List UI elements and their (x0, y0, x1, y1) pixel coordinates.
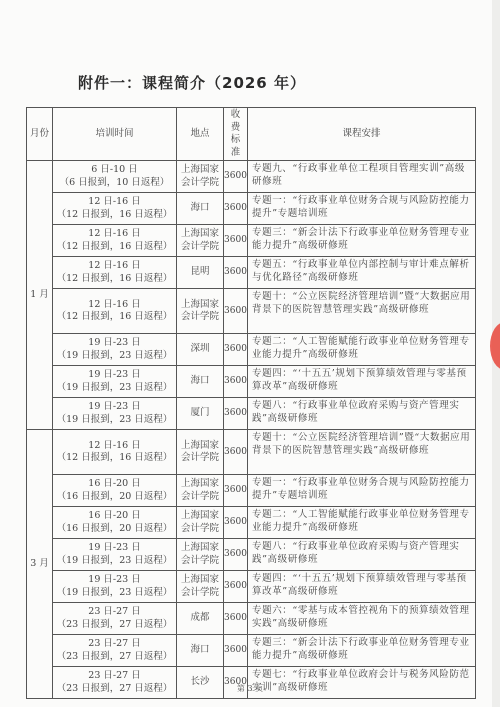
table-row: 23 日-27 日（23 日报到，27 日返程）成都3600专题六：“零基与成本… (27, 603, 476, 635)
fee-cell: 3600 (224, 635, 248, 667)
registration-note: （12 日报到，16 日返程） (56, 311, 173, 324)
fee-cell: 3600 (224, 571, 248, 603)
location-cell: 昆明 (177, 257, 224, 289)
course-cell: 专题二：“人工智能赋能行政事业单位财务管理专业能力提升”高级研修班 (248, 507, 476, 539)
fee-cell: 3600 (224, 398, 248, 430)
header-time: 培训时间 (53, 108, 177, 161)
table-row: 16 日-20 日（16 日报到，20 日返程）上海国家会计学院3600专题二：… (27, 507, 476, 539)
training-time-cell: 19 日-23 日（19 日报到，23 日返程） (53, 539, 177, 571)
training-time-cell: 12 日-16 日（12 日报到，16 日返程） (53, 225, 177, 257)
date-range: 12 日-16 日 (56, 196, 173, 209)
table-row: 12 日-16 日（12 日报到，16 日返程）上海国家会计学院3600专题十：… (27, 289, 476, 334)
training-time-cell: 12 日-16 日（12 日报到，16 日返程） (53, 289, 177, 334)
location-cell: 上海国家会计学院 (177, 507, 224, 539)
fee-cell: 3600 (224, 475, 248, 507)
location-cell: 成都 (177, 603, 224, 635)
training-time-cell: 16 日-20 日（16 日报到，20 日返程） (53, 475, 177, 507)
date-range: 23 日-27 日 (56, 670, 173, 683)
header-course: 课程安排 (248, 108, 476, 161)
table-row: 19 日-23 日（19 日报到，23 日返程）厦门3600专题八：“行政事业单… (27, 398, 476, 430)
location-cell: 上海国家会计学院 (177, 539, 224, 571)
date-range: 16 日-20 日 (56, 510, 173, 523)
location-cell: 上海国家会计学院 (177, 430, 224, 475)
registration-note: （12 日报到，16 日返程） (56, 241, 173, 254)
course-cell: 专题四：“‘十五五’规划下预算绩效管理与零基预算改革”高级研修班 (248, 571, 476, 603)
date-range: 19 日-23 日 (56, 369, 173, 382)
date-range: 6 日-10 日 (56, 164, 173, 177)
location-cell: 深圳 (177, 334, 224, 366)
registration-note: （12 日报到，16 日返程） (56, 452, 173, 465)
fee-cell: 3600 (224, 539, 248, 571)
location-cell: 海口 (177, 193, 224, 225)
month-cell: 1 月 (27, 161, 53, 430)
training-time-cell: 16 日-20 日（16 日报到，20 日返程） (53, 507, 177, 539)
registration-note: （12 日报到，16 日返程） (56, 273, 173, 286)
registration-note: （16 日报到，20 日返程） (56, 491, 173, 504)
registration-note: （19 日报到，23 日返程） (56, 382, 173, 395)
registration-note: （19 日报到，23 日返程） (56, 555, 173, 568)
location-cell: 上海国家会计学院 (177, 571, 224, 603)
course-schedule-table: 月份 培训时间 地点 收费标准 课程安排 1 月6 日-10 日（6 日报到，1… (26, 107, 476, 699)
course-cell: 专题八：“行政事业单位政府采购与资产管理实践”高级研修班 (248, 398, 476, 430)
table-row: 12 日-16 日（12 日报到，16 日返程）昆明3600专题五：“行政事业单… (27, 257, 476, 289)
registration-note: （19 日报到，23 日返程） (56, 350, 173, 363)
date-range: 19 日-23 日 (56, 401, 173, 414)
registration-note: （23 日报到，27 日返程） (56, 619, 173, 632)
registration-note: （23 日报到，27 日返程） (56, 651, 173, 664)
table-row: 3 月12 日-16 日（12 日报到，16 日返程）上海国家会计学院3600专… (27, 430, 476, 475)
course-cell: 专题九、“行政事业单位工程项目管理实训”高级研修班 (248, 161, 476, 193)
date-range: 12 日-16 日 (56, 440, 173, 453)
page-title: 附件一：课程简介（2026 年） (78, 72, 306, 93)
fee-cell: 3600 (224, 289, 248, 334)
registration-note: （6 日报到，10 日返程） (56, 177, 173, 190)
training-time-cell: 19 日-23 日（19 日报到，23 日返程） (53, 366, 177, 398)
date-range: 23 日-27 日 (56, 606, 173, 619)
table-row: 16 日-20 日（16 日报到，20 日返程）上海国家会计学院3600专题一：… (27, 475, 476, 507)
course-cell: 专题十：“公立医院经济管理培训”暨“大数据应用背景下的医院智慧管理实践”高级研修… (248, 289, 476, 334)
course-cell: 专题三：“新会计法下行政事业单位财务管理专业能力提升”高级研修班 (248, 225, 476, 257)
date-range: 12 日-16 日 (56, 260, 173, 273)
date-range: 16 日-20 日 (56, 478, 173, 491)
course-cell: 专题二：“人工智能赋能行政事业单位财务管理专业能力提升”高级研修班 (248, 334, 476, 366)
course-cell: 专题三：“新会计法下行政事业单位财务管理专业能力提升”高级研修班 (248, 635, 476, 667)
fee-cell: 3600 (224, 193, 248, 225)
course-cell: 专题六：“零基与成本管控视角下的预算绩效管理实践”高级研修班 (248, 603, 476, 635)
course-cell: 专题一：“行政事业单位财务合规与风险防控能力提升”专题培训班 (248, 193, 476, 225)
course-cell: 专题五：“行政事业单位内部控制与审计难点解析与优化路径”高级研修班 (248, 257, 476, 289)
table-row: 19 日-23 日（19 日报到，23 日返程）海口3600专题四：“‘十五五’… (27, 366, 476, 398)
registration-note: （19 日报到，23 日返程） (56, 414, 173, 427)
date-range: 19 日-23 日 (56, 337, 173, 350)
fee-cell: 3600 (224, 430, 248, 475)
training-time-cell: 19 日-23 日（19 日报到，23 日返程） (53, 334, 177, 366)
fee-cell: 3600 (224, 603, 248, 635)
training-time-cell: 23 日-27 日（23 日报到，27 日返程） (53, 635, 177, 667)
location-cell: 海口 (177, 635, 224, 667)
month-cell: 3 月 (27, 430, 53, 699)
table-row: 19 日-23 日（19 日报到，23 日返程）深圳3600专题二：“人工智能赋… (27, 334, 476, 366)
registration-note: （19 日报到，23 日返程） (56, 587, 173, 600)
training-time-cell: 6 日-10 日（6 日报到，10 日返程） (53, 161, 177, 193)
training-time-cell: 19 日-23 日（19 日报到，23 日返程） (53, 571, 177, 603)
location-cell: 上海国家会计学院 (177, 161, 224, 193)
table-row: 12 日-16 日（12 日报到，16 日返程）上海国家会计学院3600专题三：… (27, 225, 476, 257)
fee-cell: 3600 (224, 161, 248, 193)
fee-cell: 3600 (224, 366, 248, 398)
training-time-cell: 12 日-16 日（12 日报到，16 日返程） (53, 193, 177, 225)
table-row: 12 日-16 日（12 日报到，16 日返程）海口3600专题一：“行政事业单… (27, 193, 476, 225)
table-row: 1 月6 日-10 日（6 日报到，10 日返程）上海国家会计学院3600专题九… (27, 161, 476, 193)
location-cell: 上海国家会计学院 (177, 289, 224, 334)
fee-cell: 3600 (224, 507, 248, 539)
course-cell: 专题八：“行政事业单位政府采购与资产管理实践”高级研修班 (248, 539, 476, 571)
table-row: 23 日-27 日（23 日报到，27 日返程）海口3600专题三：“新会计法下… (27, 635, 476, 667)
training-time-cell: 23 日-27 日（23 日报到，27 日返程） (53, 603, 177, 635)
training-time-cell: 19 日-23 日（19 日报到，23 日返程） (53, 398, 177, 430)
date-range: 12 日-16 日 (56, 228, 173, 241)
location-cell: 上海国家会计学院 (177, 475, 224, 507)
training-time-cell: 12 日-16 日（12 日报到，16 日返程） (53, 430, 177, 475)
date-range: 23 日-27 日 (56, 638, 173, 651)
fee-cell: 3600 (224, 225, 248, 257)
header-place: 地点 (177, 108, 224, 161)
table-row: 19 日-23 日（19 日报到，23 日返程）上海国家会计学院3600专题四：… (27, 571, 476, 603)
date-range: 12 日-16 日 (56, 299, 173, 312)
table-header-row: 月份 培训时间 地点 收费标准 课程安排 (27, 108, 476, 161)
table-row: 19 日-23 日（19 日报到，23 日返程）上海国家会计学院3600专题八：… (27, 539, 476, 571)
fee-cell: 3600 (224, 257, 248, 289)
course-cell: 专题十：“公立医院经济管理培训”暨“大数据应用背景下的医院智慧管理实践”高级研修… (248, 430, 476, 475)
date-range: 19 日-23 日 (56, 542, 173, 555)
course-cell: 专题一：“行政事业单位财务合规与风险防控能力提升”专题培训班 (248, 475, 476, 507)
course-cell: 专题四：“‘十五五’规划下预算绩效管理与零基预算改革”高级研修班 (248, 366, 476, 398)
date-range: 19 日-23 日 (56, 574, 173, 587)
location-cell: 上海国家会计学院 (177, 225, 224, 257)
header-month: 月份 (27, 108, 53, 161)
location-cell: 厦门 (177, 398, 224, 430)
registration-note: （16 日报到，20 日返程） (56, 523, 173, 536)
registration-note: （12 日报到，16 日返程） (56, 209, 173, 222)
header-fee: 收费标准 (224, 108, 248, 161)
page-number: 第 3 页 (0, 683, 500, 694)
fee-cell: 3600 (224, 334, 248, 366)
location-cell: 海口 (177, 366, 224, 398)
training-time-cell: 12 日-16 日（12 日报到，16 日返程） (53, 257, 177, 289)
